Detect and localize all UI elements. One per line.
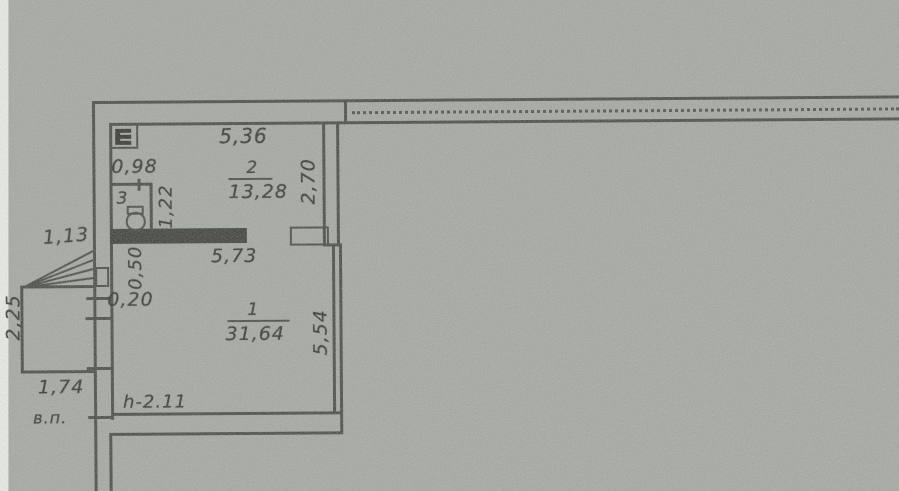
wall-partition-light	[290, 226, 329, 245]
porch-caption: в.п.	[33, 408, 67, 427]
room2-number-underline	[228, 178, 272, 180]
room2-number: 2	[246, 158, 258, 178]
wall-room1-right-outer	[339, 244, 343, 414]
wall-outer-bottom-left	[109, 433, 112, 491]
wall-room3-top	[110, 183, 153, 186]
wall-room2-right-outer	[336, 123, 340, 245]
dim-porch-top: 1,13	[42, 223, 90, 248]
room1-height-note: h-2.11	[123, 391, 187, 412]
wall-outer-left	[92, 101, 98, 491]
wall-connector	[344, 101, 347, 122]
wall-dotted-line	[352, 107, 899, 114]
wall-outer-bottom	[109, 431, 342, 436]
wall-outer-top	[92, 95, 899, 104]
vent-shaft-icon	[115, 129, 131, 133]
dim-tick	[88, 416, 114, 419]
room1-number: 1	[247, 300, 259, 320]
porch-bottom-wall	[21, 370, 96, 374]
dim-porch-side: 2,25	[2, 295, 22, 341]
wall-inner-top-right	[337, 117, 899, 124]
room2-area: 13,28	[228, 181, 288, 203]
dim-room2-width: 5,36	[219, 124, 268, 148]
room1-area: 31,64	[225, 323, 285, 345]
wall-partition-solid	[110, 228, 247, 244]
scanned-floor-plan-sheet: 5,36 0,98 3 1,22 2 13,28 2,70 5,73 0,50 …	[0, 0, 899, 491]
wall-room3-right	[150, 183, 153, 231]
dim-room3-width: 0,98	[111, 156, 157, 178]
dim-niche-depth: 0,20	[107, 289, 153, 311]
floor-plan: 5,36 0,98 3 1,22 2 13,28 2,70 5,73 0,50 …	[0, 0, 899, 491]
dim-tick	[85, 317, 113, 320]
dim-room1-width: 5,73	[211, 245, 257, 267]
dim-room2-depth: 2,70	[297, 158, 317, 204]
vent-shaft-icon	[115, 141, 131, 145]
dim-tick	[137, 179, 140, 191]
room3-number: 3	[117, 189, 129, 209]
porch-steps	[19, 242, 99, 293]
dim-room3-depth: 1,22	[156, 183, 176, 229]
dim-porch-bottom: 1,74	[38, 376, 84, 398]
dim-niche-width: 0,50	[125, 245, 145, 291]
wall-room1-right-inner	[332, 244, 336, 414]
dim-room1-depth: 5,54	[309, 309, 329, 355]
wall-corner-connector	[340, 412, 343, 434]
toilet-icon	[126, 212, 146, 231]
vent-shaft-icon	[115, 135, 131, 139]
